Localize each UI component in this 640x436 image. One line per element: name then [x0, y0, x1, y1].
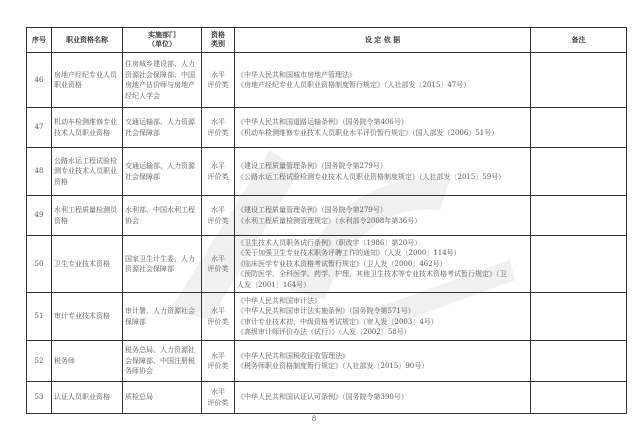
row-dept: 交通运输部、人力资源社会保障部 [123, 148, 202, 196]
header-note: 备注 [531, 28, 627, 53]
row-note [531, 108, 627, 148]
row-name: 认证人员职业资格 [52, 382, 123, 414]
basis-line: 《审计专业技术初、中级资格考试规定》（审人发〔2003〕4号） [237, 317, 528, 328]
row-note [531, 293, 627, 341]
row-no: 48 [27, 148, 52, 196]
basis-line: 《中华人民共和国城市房地产管理法》 [237, 70, 528, 81]
row-type: 水平 评价类 [202, 293, 235, 341]
table-row: 48 公路水运工程试验检测专业技术人员职业资格 交通运输部、人力资源社会保障部 … [27, 148, 627, 196]
row-basis: 《中华人民共和国认证认可条例》（国务院令第390号） [235, 382, 531, 414]
row-name: 水利工程质量检测员资格 [52, 196, 123, 236]
table-row: 46 房地产经纪专业人员职业资格 住房城乡建设部、人力资源社会保障部、中国房地产… [27, 53, 627, 108]
row-type: 水平 评价类 [202, 382, 235, 414]
row-dept: 住房城乡建设部、人力资源社会保障部、中国房地产估价师与房地产经纪人学会 [123, 53, 202, 108]
row-name: 机动车检测维修专业技术人员职业资格 [52, 108, 123, 148]
row-type-line2: 评价类 [204, 216, 232, 227]
row-note [531, 382, 627, 414]
basis-line: 《水利工程质量检测管理规定》（水利部令2008年第36号） [237, 216, 528, 227]
table-row: 52 税务师 税务总局、人力资源社会保障部、中国注册税务师协会 水平 评价类 《… [27, 341, 627, 382]
basis-line: 《公路水运工程试验检测专业技术人员职业资格制度规定》（人社部发〔2015〕59号… [237, 172, 528, 183]
row-basis: 《卫生技术人员职务试行条例》（职改字〔1986〕第20号） 《关于加强卫生专业技… [235, 236, 531, 293]
header-name: 职业资格名称 [52, 28, 123, 53]
row-no: 51 [27, 293, 52, 341]
row-type: 水平 评价类 [202, 53, 235, 108]
row-type-line1: 水平 [204, 161, 232, 172]
table-row: 51 审计专业技术资格 审计署、人力资源社会保障部 水平 评价类 《中华人民共和… [27, 293, 627, 341]
row-type-line1: 水平 [204, 70, 232, 81]
row-name: 房地产经纪专业人员职业资格 [52, 53, 123, 108]
row-note [531, 341, 627, 382]
header-dept-line2: （单位） [125, 40, 199, 49]
row-basis: 《中华人民共和国城市房地产管理法》 《房地产经纪专业人员职业资格制度暂行规定》（… [235, 53, 531, 108]
row-note [531, 196, 627, 236]
table-header-row: 序号 职业资格名称 实施部门 （单位） 资格 类别 设 定 依 据 备注 [27, 28, 627, 53]
row-note [531, 148, 627, 196]
header-basis: 设 定 依 据 [235, 28, 531, 53]
row-type-line1: 水平 [204, 254, 232, 265]
row-no: 49 [27, 196, 52, 236]
header-dept: 实施部门 （单位） [123, 28, 202, 53]
row-dept: 国家卫生计生委、人力资源社会保障部 [123, 236, 202, 293]
row-no: 53 [27, 382, 52, 414]
row-type: 水平 评价类 [202, 108, 235, 148]
row-basis: 《建设工程质量管理条例》（国务院令第279号） 《水利工程质量检测管理规定》（水… [235, 196, 531, 236]
basis-line: 《机动车检测维修专业技术人员职业水平评价暂行规定》（国人部发〔2006〕51号） [237, 128, 528, 139]
row-basis: 《中华人民共和国税收征收管理法》 《税务师职业资格制度暂行规定》（人社部发〔20… [235, 341, 531, 382]
table-row: 50 卫生专业技术资格 国家卫生计生委、人力资源社会保障部 水平 评价类 《卫生… [27, 236, 627, 293]
row-name: 公路水运工程试验检测专业技术人员职业资格 [52, 148, 123, 196]
basis-line: 人发〔2001〕164号） [237, 280, 528, 291]
row-note [531, 236, 627, 293]
row-basis: 《中华人民共和国审计法》 《中华人民共和国审计法实施条例》（国务院令第571号）… [235, 293, 531, 341]
header-dept-line1: 实施部门 [125, 31, 199, 40]
row-type-line2: 评价类 [204, 172, 232, 183]
row-type-line2: 评价类 [204, 128, 232, 139]
row-no: 52 [27, 341, 52, 382]
qualification-table: 序号 职业资格名称 实施部门 （单位） 资格 类别 设 定 依 据 备注 46 … [26, 27, 627, 414]
basis-line: 《中华人民共和国道路运输条例》（国务院令第406号） [237, 117, 528, 128]
basis-line: 《房地产经纪专业人员职业资格制度暂行规定》（人社部发〔2015〕47号） [237, 80, 528, 91]
basis-line: 《卫生技术人员职务试行条例》（职改字〔1986〕第20号） [237, 238, 528, 249]
row-name: 卫生专业技术资格 [52, 236, 123, 293]
header-type-line2: 类别 [204, 40, 232, 49]
basis-line: 《临床医学专业技术资格考试暂行规定》（卫人发〔2000〕462号） [237, 259, 528, 270]
basis-line: 《预防医学、全科医学、药学、护理、其他卫生技术等专业技术资格考试暂行规定》（卫 [237, 269, 528, 280]
row-type-line2: 评价类 [204, 317, 232, 328]
row-type-line2: 评价类 [204, 264, 232, 275]
row-type: 水平 评价类 [202, 148, 235, 196]
row-type-line2: 评价类 [204, 80, 232, 91]
row-type: 水平 评价类 [202, 236, 235, 293]
row-dept: 水利部、中国水利工程协会 [123, 196, 202, 236]
table-row: 49 水利工程质量检测员资格 水利部、中国水利工程协会 水平 评价类 《建设工程… [27, 196, 627, 236]
row-type-line1: 水平 [204, 117, 232, 128]
row-dept: 税务总局、人力资源社会保障部、中国注册税务师协会 [123, 341, 202, 382]
row-no: 50 [27, 236, 52, 293]
page-number: 8 [312, 414, 316, 423]
basis-line: 《中华人民共和国审计法》 [237, 296, 528, 307]
header-type-line1: 资格 [204, 31, 232, 40]
header-no: 序号 [27, 28, 52, 53]
row-basis: 《中华人民共和国道路运输条例》（国务院令第406号） 《机动车检测维修专业技术人… [235, 108, 531, 148]
basis-line: 《中华人民共和国税收征收管理法》 [237, 351, 528, 362]
row-type: 水平 评价类 [202, 341, 235, 382]
row-type-line1: 水平 [204, 387, 232, 398]
header-type: 资格 类别 [202, 28, 235, 53]
row-type: 水平 评价类 [202, 196, 235, 236]
basis-line: 《关于加强卫生专业技术职务评聘工作的通知》（人发〔2000〕114号） [237, 248, 528, 259]
row-no: 47 [27, 108, 52, 148]
basis-line: 《税务师职业资格制度暂行规定》（人社部发〔2015〕90号） [237, 361, 528, 372]
row-basis: 《建设工程质量管理条例》（国务院令第279号） 《公路水运工程试验检测专业技术人… [235, 148, 531, 196]
row-note [531, 53, 627, 108]
row-type-line1: 水平 [204, 306, 232, 317]
row-no: 46 [27, 53, 52, 108]
table-row: 47 机动车检测维修专业技术人员职业资格 交通运输部、人力资源社会保障部 水平 … [27, 108, 627, 148]
basis-line: 《中华人民共和国审计法实施条例》（国务院令第571号） [237, 306, 528, 317]
row-dept: 审计署、人力资源社会保障部 [123, 293, 202, 341]
row-type-line1: 水平 [204, 205, 232, 216]
basis-line: 《建设工程质量管理条例》（国务院令第279号） [237, 161, 528, 172]
row-type-line1: 水平 [204, 351, 232, 362]
document-page: 序号 职业资格名称 实施部门 （单位） 资格 类别 设 定 依 据 备注 46 … [0, 0, 640, 436]
row-name: 审计专业技术资格 [52, 293, 123, 341]
row-dept: 质检总局 [123, 382, 202, 414]
row-name: 税务师 [52, 341, 123, 382]
basis-line: 《高级审计师评价办法（试行）》（人发〔2002〕58号） [237, 327, 528, 338]
basis-line: 《中华人民共和国认证认可条例》（国务院令第390号） [237, 392, 528, 403]
row-dept: 交通运输部、人力资源社会保障部 [123, 108, 202, 148]
table-row: 53 认证人员职业资格 质检总局 水平 评价类 《中华人民共和国认证认可条例》（… [27, 382, 627, 414]
basis-line: 《建设工程质量管理条例》（国务院令第279号） [237, 205, 528, 216]
row-type-line2: 评价类 [204, 361, 232, 372]
row-type-line2: 评价类 [204, 398, 232, 409]
